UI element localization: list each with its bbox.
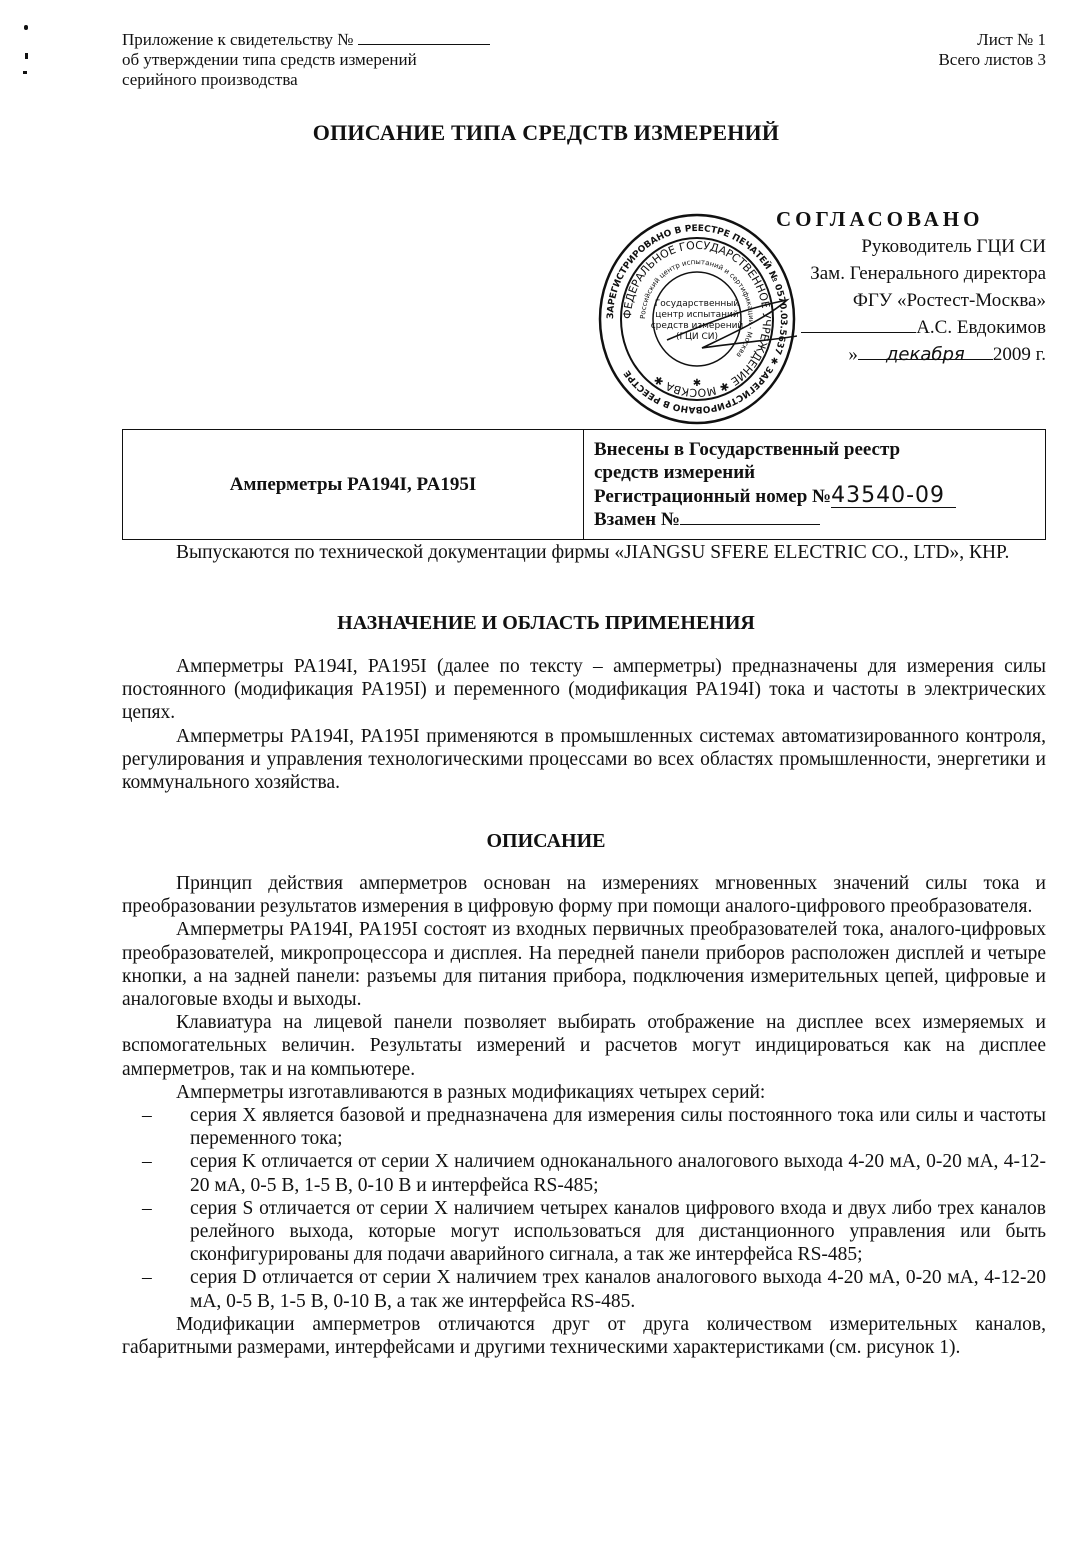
- date-month-handwritten: декабря: [858, 341, 993, 360]
- approval-block: СОГЛАСОВАНО Руководитель ГЦИ СИ Зам. Ген…: [776, 206, 1046, 368]
- appendix-line: об утверждении типа средств измерений: [122, 50, 490, 70]
- signature-line: [801, 314, 916, 333]
- manufacturer-note: Выпускаются по технической документации …: [122, 541, 1046, 564]
- series-item-d: –серия D отличается от серии X наличием …: [122, 1266, 1046, 1312]
- total-sheets: Всего листов 3: [938, 50, 1046, 70]
- intro-paragraph: Выпускаются по технической документации …: [122, 541, 1046, 564]
- registry-line: Внесены в Государственный реестр: [594, 438, 1035, 461]
- registry-line: средств измерений: [594, 461, 1035, 484]
- approval-heading: СОГЛАСОВАНО: [776, 206, 1046, 233]
- series-item-s: –серия S отличается от серии X наличием …: [122, 1197, 1046, 1267]
- registry-info-cell: Внесены в Государственный реестр средств…: [584, 430, 1046, 540]
- section-heading-purpose: НАЗНАЧЕНИЕ И ОБЛАСТЬ ПРИМЕНЕНИЯ: [0, 612, 1092, 635]
- dash-bullet-icon: –: [142, 1266, 152, 1289]
- paragraph: Амперметры PA194I, PA195I состоят из вхо…: [122, 918, 1046, 1011]
- appendix-line: Приложение к свидетельству №: [122, 30, 353, 49]
- section-description-body: Принцип действия амперметров основан на …: [122, 872, 1046, 1359]
- approval-line: ФГУ «Ростест-Москва»: [776, 287, 1046, 314]
- svg-text:✱: ✱: [693, 378, 701, 389]
- date-year: 2009 г.: [993, 344, 1046, 365]
- svg-text:Государственный: Государственный: [655, 299, 740, 309]
- sheet-number: Лист № 1: [938, 30, 1046, 50]
- svg-text:центр испытаний: центр испытаний: [655, 310, 739, 320]
- series-text: серия X является базовой и предназначена…: [190, 1105, 1046, 1149]
- svg-text:средств измерений: средств измерений: [651, 321, 744, 331]
- paragraph: Амперметры изготавливаются в разных моди…: [122, 1081, 1046, 1104]
- scan-artifact: [24, 25, 28, 30]
- section-heading-description: ОПИСАНИЕ: [0, 830, 1092, 853]
- document-title: ОПИСАНИЕ ТИПА СРЕДСТВ ИЗМЕРЕНИЙ: [0, 120, 1092, 146]
- product-name-cell: Амперметры PA194I, PA195I: [123, 430, 584, 540]
- scan-artifact: [23, 71, 27, 74]
- dash-bullet-icon: –: [142, 1150, 152, 1173]
- date-day-blank: »: [848, 344, 858, 365]
- signer-name: А.С. Евдокимов: [916, 317, 1046, 338]
- series-item-k: –серия K отличается от серии X наличием …: [122, 1150, 1046, 1196]
- reg-number-handwritten: 43540-09: [831, 484, 956, 508]
- sheet-info: Лист № 1 Всего листов 3: [938, 30, 1046, 70]
- certificate-appendix-header: Приложение к свидетельству № об утвержде…: [122, 30, 490, 90]
- closing-paragraph: Модификации амперметров отличаются друг …: [122, 1313, 1046, 1359]
- scan-artifact: [25, 53, 28, 59]
- appendix-line: серийного производства: [122, 70, 490, 90]
- official-stamp: ЗАРЕГИСТРИРОВАНО В РЕЕСТРЕ ПЕЧАТЕЙ № 057…: [597, 208, 797, 430]
- dash-bullet-icon: –: [142, 1104, 152, 1127]
- series-item-x: –серия X является базовой и предназначен…: [122, 1104, 1046, 1150]
- paragraph: Клавиатура на лицевой панели позволяет в…: [122, 1011, 1046, 1081]
- paragraph: Амперметры PA194I, PA195I применяются в …: [122, 725, 1046, 795]
- registry-table: Амперметры PA194I, PA195I Внесены в Госу…: [122, 429, 1046, 540]
- replaces-label: Взамен №: [594, 509, 680, 530]
- approval-line: Зам. Генерального директора: [776, 260, 1046, 287]
- certificate-number-blank: [358, 30, 490, 45]
- section-purpose-body: Амперметры PA194I, PA195I (далее по текс…: [122, 655, 1046, 794]
- series-text: серия D отличается от серии X наличием т…: [190, 1267, 1046, 1311]
- series-text: серия K отличается от серии X наличием о…: [190, 1151, 1046, 1195]
- paragraph: Принцип действия амперметров основан на …: [122, 872, 1046, 918]
- replaces-blank: [680, 508, 820, 525]
- dash-bullet-icon: –: [142, 1197, 152, 1220]
- reg-number-label: Регистрационный номер №: [594, 486, 831, 507]
- stamp-seal-icon: ЗАРЕГИСТРИРОВАНО В РЕЕСТРЕ ПЕЧАТЕЙ № 057…: [597, 208, 797, 430]
- series-list: –серия X является базовой и предназначен…: [122, 1104, 1046, 1313]
- paragraph: Амперметры PA194I, PA195I (далее по текс…: [122, 655, 1046, 725]
- series-text: серия S отличается от серии X наличием ч…: [190, 1198, 1046, 1265]
- approval-line: Руководитель ГЦИ СИ: [776, 233, 1046, 260]
